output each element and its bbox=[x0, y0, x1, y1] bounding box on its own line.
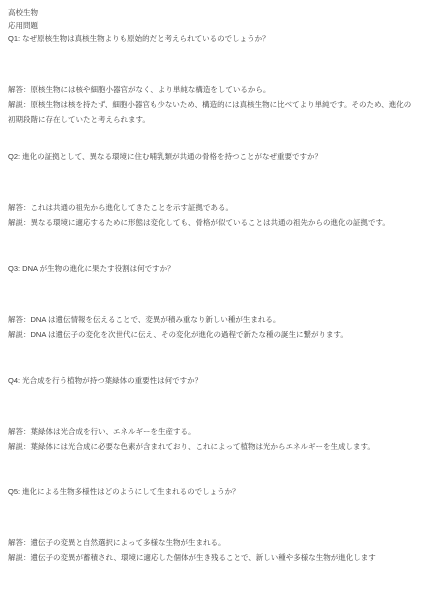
qa-block-1: Q1: なぜ原核生物は真核生物よりも原始的だと考えられているのでしょうか？ 解答… bbox=[8, 32, 417, 127]
answer-3-text: 解答：DNA は遺伝情報を伝えることで、変異が積み重なり新しい種が生まれる。 bbox=[8, 312, 417, 327]
qa-block-5: Q5: 進化による生物多様性はどのようにして生まれるのでしょうか？ 解答：遺伝子… bbox=[8, 485, 417, 565]
answer-1-text: 解答：原核生物には核や細胞小器官がなく、より単純な構造をしているから。 bbox=[8, 82, 417, 97]
question-5-text: Q5: 進化による生物多様性はどのようにして生まれるのでしょうか？ bbox=[8, 485, 417, 498]
qa-block-2: Q2: 進化の証拠として、異なる環境に住む哺乳類が共通の骨格を持つことがなぜ重要… bbox=[8, 150, 417, 230]
qa-block-3: Q3: DNA が生物の進化に果たす役割は何ですか？ 解答：DNA は遺伝情報を… bbox=[8, 262, 417, 342]
question-2-text: Q2: 進化の証拠として、異なる環境に住む哺乳類が共通の骨格を持つことがなぜ重要… bbox=[8, 150, 417, 163]
explanation-3-text: 解説：DNA は遺伝子の変化を次世代に伝え、その変化が進化の過程で新たな種の誕生… bbox=[8, 327, 417, 342]
explanation-4-text: 解説：葉緑体には光合成に必要な色素が含まれており、これによって植物は光からエネル… bbox=[8, 439, 417, 454]
document-title: 高校生物 bbox=[8, 6, 417, 19]
question-1-text: Q1: なぜ原核生物は真核生物よりも原始的だと考えられているのでしょうか？ bbox=[8, 32, 417, 45]
document-subtitle: 応用問題 bbox=[8, 19, 417, 32]
answer-2-text: 解答：これは共通の祖先から進化してきたことを示す証拠である。 bbox=[8, 200, 417, 215]
question-4-text: Q4: 光合成を行う植物が持つ葉緑体の重要性は何ですか？ bbox=[8, 374, 417, 387]
explanation-5-text: 解説：遺伝子の変異が蓄積され、環境に適応した個体が生き残ることで、新しい種や多様… bbox=[8, 550, 417, 565]
qa-block-4: Q4: 光合成を行う植物が持つ葉緑体の重要性は何ですか？ 解答：葉緑体は光合成を… bbox=[8, 374, 417, 454]
question-3-text: Q3: DNA が生物の進化に果たす役割は何ですか？ bbox=[8, 262, 417, 275]
document-page: 高校生物 応用問題 Q1: なぜ原核生物は真核生物よりも原始的だと考えられている… bbox=[0, 0, 425, 600]
answer-4-text: 解答：葉緑体は光合成を行い、エネルギーを生産する。 bbox=[8, 424, 417, 439]
explanation-2-text: 解説：異なる環境に適応するために形態は変化しても、骨格が似ていることは共通の祖先… bbox=[8, 215, 417, 230]
explanation-1-text: 解説：原核生物は核を持たず、細胞小器官も少ないため、構造的には真核生物に比べてよ… bbox=[8, 97, 417, 127]
answer-5-text: 解答：遺伝子の変異と自然選択によって多様な生物が生まれる。 bbox=[8, 535, 417, 550]
